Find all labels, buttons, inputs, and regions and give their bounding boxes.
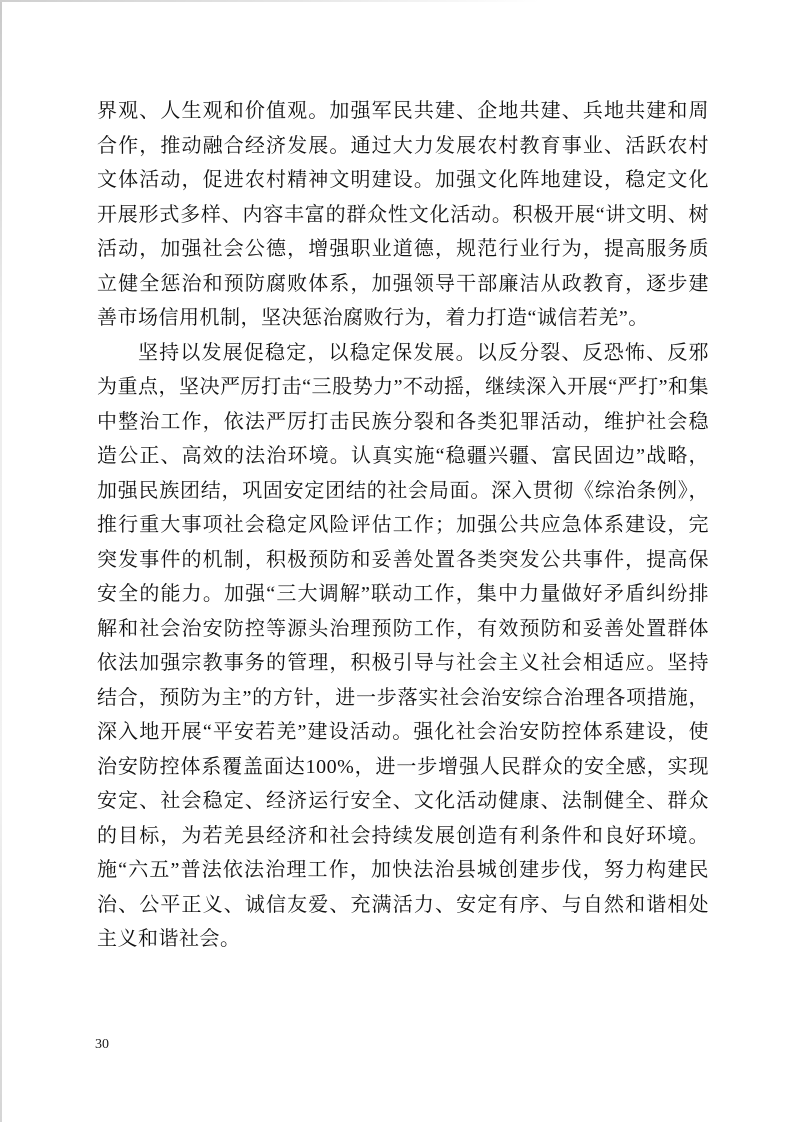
text-line: 立健全惩治和预防腐败体系，加强领导干部廉洁从政教育，逐步建立和完 bbox=[97, 267, 709, 302]
text-line: 文体活动，促进农村精神文明建设。加强文化阵地建设，稳定文化队伍， bbox=[97, 163, 709, 198]
text-line: 活动，加强社会公德，增强职业道德，规范行业行为，提高服务质量，建 bbox=[97, 232, 709, 267]
text-line: 推行重大事项社会稳定风险评估工作；加强公共应急体系建设，完善应对 bbox=[97, 508, 709, 543]
text-line: 的目标，为若羌县经济和社会持续发展创造有利条件和良好环境。积极实 bbox=[97, 819, 709, 854]
text-line: 安定、社会稳定、经济运行安全、文化活动健康、法制健全、群众满意” bbox=[97, 784, 709, 819]
page-number: 30 bbox=[95, 1036, 109, 1054]
text-line: 解和社会治安防控等源头治理预防工作，有效预防和妥善处置群体性事件。 bbox=[97, 612, 709, 647]
text-line: 主义和谐社会。 bbox=[97, 922, 709, 957]
text-line: 突发事件的机制，积极预防和妥善处置各类突发公共事件，提高保障公共 bbox=[97, 543, 709, 578]
body-text: 界观、人生观和价值观。加强军民共建、企地共建、兵地共建和周边地区合作，推动融合经… bbox=[97, 94, 709, 957]
paragraph: 坚持以发展促稳定，以稳定保发展。以反分裂、反恐怖、反邪教斗争为重点，坚决严厉打击… bbox=[97, 336, 709, 957]
text-line: 善市场信用机制，坚决惩治腐败行为，着力打造“诚信若羌”。 bbox=[97, 301, 709, 336]
text-line: 加强民族团结，巩固安定团结的社会局面。深入贯彻《综治条例》，全面 bbox=[97, 474, 709, 509]
text-line: 安全的能力。加强“三大调解”联动工作，集中力量做好矛盾纠纷排查化 bbox=[97, 577, 709, 612]
text-line: 中整治工作，依法严厉打击民族分裂和各类犯罪活动，维护社会稳定，营 bbox=[97, 405, 709, 440]
text-line: 界观、人生观和价值观。加强军民共建、企地共建、兵地共建和周边地区 bbox=[97, 94, 709, 129]
text-line: 合作，推动融合经济发展。通过大力发展农村教育事业、活跃农村健康的 bbox=[97, 129, 709, 164]
scan-edge-top bbox=[0, 0, 540, 2]
text-line: 开展形式多样、内容丰富的群众性文化活动。积极开展“讲文明、树新风” bbox=[97, 198, 709, 233]
text-line: 结合，预防为主”的方针，进一步落实社会治安综合治理各项措施，广泛 bbox=[97, 681, 709, 716]
paragraph: 界观、人生观和价值观。加强军民共建、企地共建、兵地共建和周边地区合作，推动融合经… bbox=[97, 94, 709, 336]
text-line: 依法加强宗教事务的管理，积极引导与社会主义社会相适应。坚持“打防 bbox=[97, 646, 709, 681]
document-page: 界观、人生观和价值观。加强军民共建、企地共建、兵地共建和周边地区合作，推动融合经… bbox=[0, 0, 793, 1122]
text-line: 治、公平正义、诚信友爱、充满活力、安定有序、与自然和谐相处的社会 bbox=[97, 888, 709, 923]
text-line: 为重点，坚决严厉打击“三股势力”不动摇，继续深入开展“严打”和集 bbox=[97, 370, 709, 405]
text-line: 造公正、高效的法治环境。认真实施“稳疆兴疆、富民固边”战略，切实 bbox=[97, 439, 709, 474]
text-line: 坚持以发展促稳定，以稳定保发展。以反分裂、反恐怖、反邪教斗争 bbox=[97, 336, 709, 371]
text-line: 深入地开展“平安若羌”建设活动。强化社会治安防控体系建设，使社会 bbox=[97, 715, 709, 750]
scan-edge-left bbox=[0, 0, 2, 1122]
text-line: 施“六五”普法依法治理工作，加快法治县城创建步伐，努力构建民主法 bbox=[97, 853, 709, 888]
text-line: 治安防控体系覆盖面达100%，进一步增强人民群众的安全感，实现“政治 bbox=[97, 750, 709, 785]
